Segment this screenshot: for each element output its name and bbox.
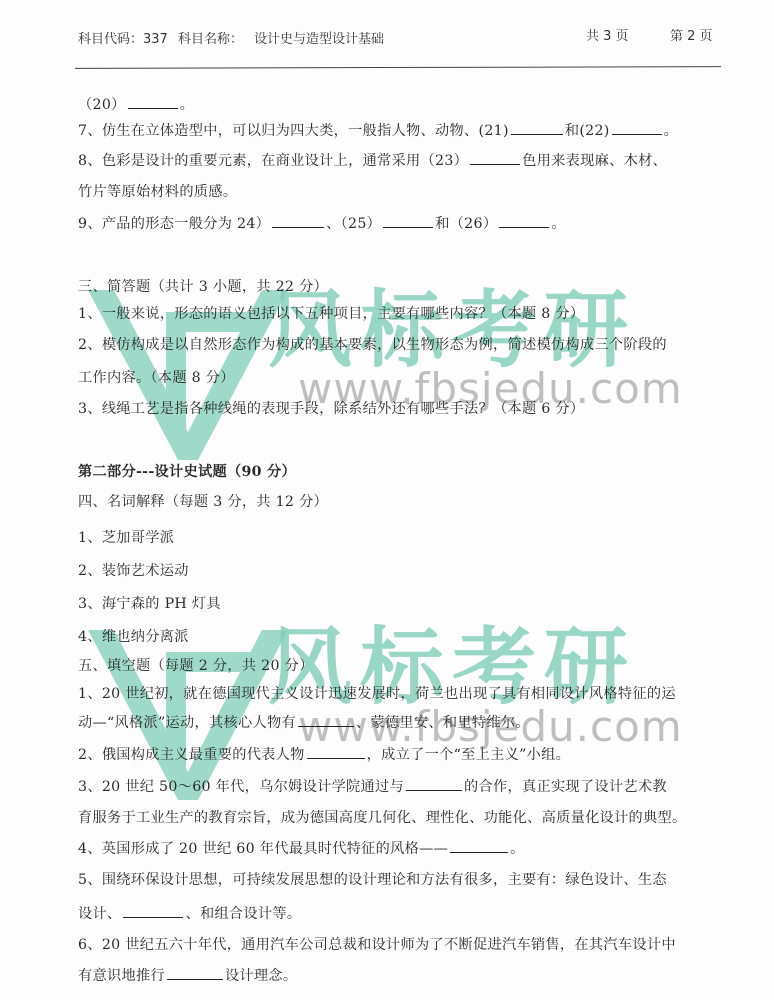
answer-blank-23 <box>470 150 520 165</box>
section-5-question-1-line2: 动—“风格派”运动，其核心人物有、蒙德里安、和里特维尔。 <box>78 712 530 733</box>
section-3-question-1: 1、一般来说，形态的语义包括以下五种项目，主要有哪些内容？（本题 8 分） <box>78 304 584 324</box>
answer-blank-26 <box>499 213 549 228</box>
total-pages: 共 3 页 <box>586 25 629 44</box>
section-3-question-2-line2: 工作内容。（本题 8 分） <box>78 368 235 388</box>
subject-name-label: 科目名称： <box>178 28 243 47</box>
watermark-brand: 风标考研 <box>268 288 636 372</box>
answer-blank <box>307 744 365 759</box>
section-5-question-2: 2、俄国构成主义最重要的代表人物，成立了一个“至上主义”小组。 <box>78 744 570 765</box>
question-6-tail: （20）。 <box>78 94 194 115</box>
current-page: 第 2 页 <box>670 25 713 44</box>
answer-blank <box>406 776 462 791</box>
term-item: 3、海宁森的 PH 灯具 <box>78 594 221 614</box>
page-header: 科目代码：337 科目名称： 设计史与造型设计基础 共 3 页 第 2 页 <box>78 28 718 48</box>
question-7: 7、仿生在立体造型中，可以归为四大类，一般指人物、动物、(21)和(22)。 <box>78 120 678 141</box>
header-divider <box>75 66 721 69</box>
answer-blank-22 <box>612 120 662 135</box>
section-5-question-3: 3、20 世纪 50～60 年代，乌尔姆设计学院通过与的合作，真正实现了设计艺术… <box>78 776 667 797</box>
section-5-question-3-line2: 育服务于工业生产的教育宗旨，成为德国高度几何化、理性化、功能化、高质量化设计的典… <box>78 808 686 828</box>
subject-name: 设计史与造型设计基础 <box>254 28 384 47</box>
answer-blank <box>167 965 223 980</box>
section-4-title: 四、名词解释（每题 3 分，共 12 分） <box>78 492 328 512</box>
section-5-question-4: 4、英国形成了 20 世纪 60 年代最具时代特征的风格——。 <box>78 838 525 859</box>
answer-blank-20 <box>128 94 178 109</box>
answer-blank <box>450 838 508 853</box>
answer-blank <box>298 712 354 727</box>
section-5-question-6-line2: 有意识地推行设计理念。 <box>78 965 297 986</box>
part-2-title: 第二部分---设计史试题（90 分） <box>78 462 296 482</box>
answer-blank-24 <box>272 213 324 228</box>
answer-blank-25 <box>383 213 433 228</box>
exam-page: 科目代码：337 科目名称： 设计史与造型设计基础 共 3 页 第 2 页 风标… <box>0 0 774 1000</box>
question-8-line2: 竹片等原始材料的质感。 <box>78 182 237 202</box>
answer-blank <box>123 903 183 918</box>
section-3-title: 三、简答题（共计 3 小题，共 22 分） <box>78 277 328 297</box>
section-3-question-2: 2、模仿构成是以自然形态作为构成的基本要素，以生物形态为例，简述模仿构成三个阶段… <box>78 335 667 355</box>
question-8: 8、色彩是设计的重要元素，在商业设计上，通常采用（23）色用来表现麻、木材、 <box>78 150 667 171</box>
term-item: 4、维也纳分离派 <box>78 627 189 647</box>
section-5-question-5-line2: 设计、、和组合设计等。 <box>78 903 301 924</box>
section-5-question-6: 6、20 世纪五六十年代，通用汽车公司总裁和设计师为了不断促进汽车销售，在其汽车… <box>78 935 676 955</box>
section-5-question-1: 1、20 世纪初，就在德国现代主义设计迅速发展时，荷兰也出现了具有相同设计风格特… <box>78 684 676 704</box>
subject-code: 科目代码：337 <box>78 28 168 47</box>
answer-blank-21 <box>511 120 563 135</box>
term-item: 2、装饰艺术运动 <box>78 561 189 581</box>
section-3-question-3: 3、线绳工艺是指各种线绳的表现手段，除系结外还有哪些手法？（本题 6 分） <box>78 399 584 419</box>
section-5-question-5: 5、围绕环保设计思想，可持续发展思想的设计理论和方法有很多，主要有：绿色设计、生… <box>78 870 667 890</box>
question-9: 9、产品的形态一般分为 24）、（25）和（26）。 <box>78 213 566 234</box>
term-item: 1、芝加哥学派 <box>78 528 174 548</box>
section-5-title: 五、填空题（每题 2 分，共 20 分） <box>78 656 314 676</box>
